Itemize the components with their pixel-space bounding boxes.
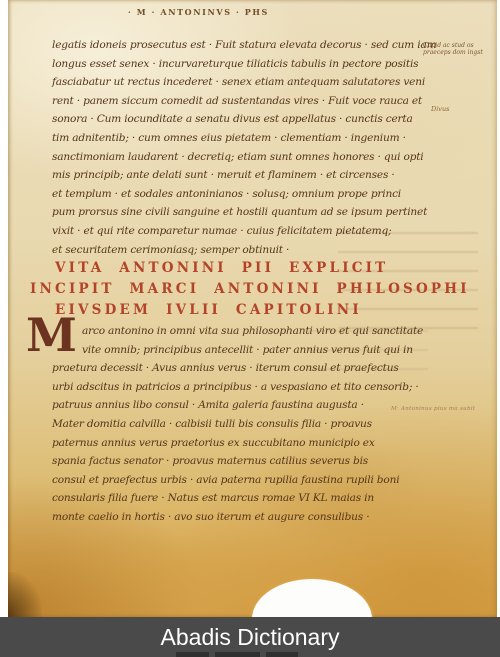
- margin-gloss: Cupid ac stud os praeceps dom ingst: [423, 42, 483, 56]
- text-line: longus esset senex · incurvareturque til…: [52, 55, 452, 74]
- text-line: arco antonino in omni vita sua philosoph…: [52, 322, 482, 341]
- running-header: · M · ANTONINVS · PHS: [128, 7, 328, 17]
- text-line: paternus annius verus praetorius ex succ…: [52, 434, 452, 453]
- margin-gloss-line: Cupid ac stud os: [423, 42, 483, 49]
- text-line: urbi adscitus in patricios a principibus…: [52, 378, 452, 397]
- text-line: sanctimoniam laudarent · decretiq; etiam…: [52, 148, 452, 167]
- text-line: mis principib; ante delati sunt · meruit…: [52, 166, 452, 185]
- text-line: praetura decessit · Avus annius verus · …: [52, 359, 452, 378]
- rubric-explicit: VITA ANTONINI PII EXPLICIT: [55, 258, 455, 279]
- text-line: et securitatem cerimoniasq; semper obtin…: [52, 241, 452, 260]
- caption-bar: Abadis Dictionary: [0, 617, 500, 657]
- text-line: tim adnitentib; · cum omnes eius pietate…: [52, 129, 452, 148]
- margin-gloss-divus: Divus: [431, 105, 449, 113]
- text-line: et templum · et sodales antoninianos · s…: [52, 185, 452, 204]
- text-line: spania factus senator · proavus maternus…: [52, 452, 452, 471]
- text-line: legatis idoneis prosecutus est · Fuit st…: [52, 36, 452, 55]
- margin-gloss-line: praeceps dom ingst: [423, 49, 483, 56]
- text-line: consul et praefectus urbis · avia patern…: [52, 471, 452, 490]
- cropped-text-hint: [176, 652, 209, 657]
- text-line: vixit · et qui rite comparetur numae · c…: [52, 222, 452, 241]
- margin-gloss-antoninus: M· Antoninus pius ma subit: [391, 406, 475, 412]
- page-corner-shadow: [8, 572, 42, 617]
- screenshot: · M · ANTONINVS · PHS legatis idoneis pr…: [0, 0, 500, 657]
- text-line: Mater domitia calvilla · calbisii tulli …: [52, 415, 452, 434]
- text-line: monte caelio in hortis · avo suo iterum …: [52, 508, 452, 527]
- text-line: sonora · Cum iocunditate a senatu divus …: [52, 110, 452, 129]
- rubric-author: EIVSDEM IVLII CAPITOLINI: [55, 300, 455, 321]
- text-line: consularis filia fuere · Natus est marcu…: [52, 489, 452, 508]
- rubric-incipit: INCIPIT MARCI ANTONINI PHILOSOPHI: [30, 279, 430, 300]
- caption-title: Abadis Dictionary: [161, 624, 340, 651]
- text-line: vite omnib; principibus antecellit · pat…: [52, 341, 482, 360]
- text-line: rent · panem siccum comedit ad sustentan…: [52, 92, 452, 111]
- cropped-text-hint: [215, 652, 260, 657]
- cropped-text-hint: [266, 652, 298, 657]
- text-line: fasciabatur ut rectus incederet · senex …: [52, 73, 452, 92]
- text-line: pum prorsus sine civili sanguine et host…: [52, 203, 452, 222]
